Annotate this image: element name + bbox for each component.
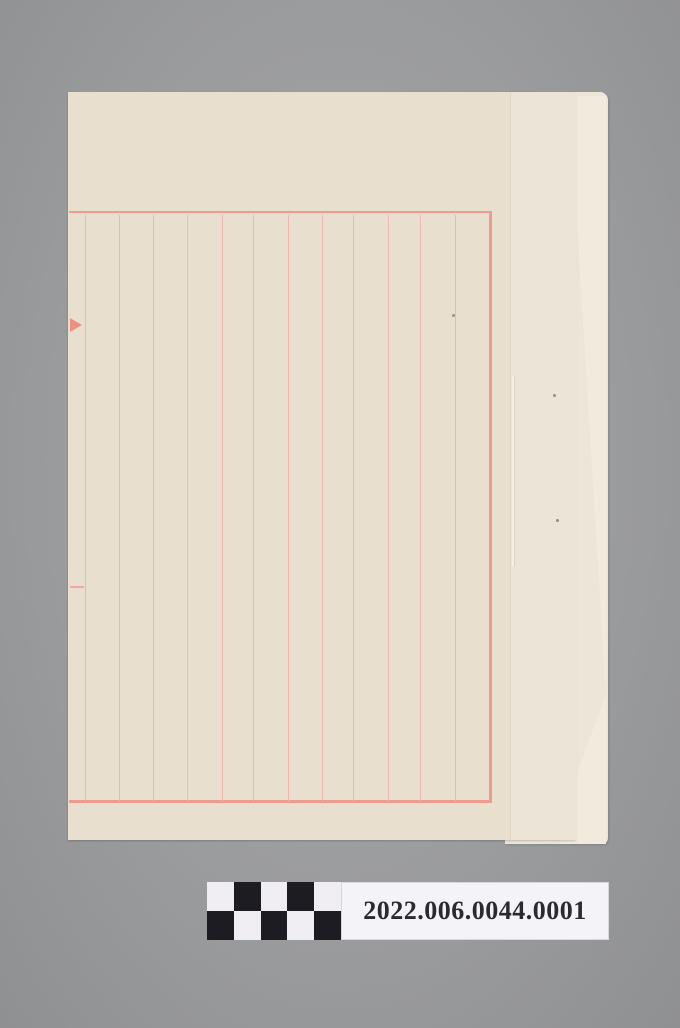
fishtail-marker-icon xyxy=(70,318,82,332)
binding-hole xyxy=(556,519,559,522)
column-rule xyxy=(455,215,456,801)
column-rule xyxy=(420,215,421,801)
column-rule xyxy=(353,215,354,801)
catalog-id: 2022.006.0044.0001 xyxy=(341,882,609,940)
column-rule xyxy=(119,215,120,801)
catalog-label: 2022.006.0044.0001 xyxy=(207,882,609,940)
scale-checker xyxy=(207,882,341,940)
binding-fold xyxy=(510,92,577,840)
column-rule xyxy=(253,215,254,801)
column-rule xyxy=(85,215,86,801)
column-rule xyxy=(153,215,154,801)
column-rule xyxy=(288,215,289,801)
binding-hole xyxy=(553,394,556,397)
margin-tick xyxy=(70,586,84,588)
binding-slit xyxy=(512,376,514,566)
column-rule xyxy=(388,215,389,801)
column-rule xyxy=(322,215,323,801)
red-ruled-frame xyxy=(69,211,492,803)
column-rule xyxy=(222,215,223,801)
column-rule xyxy=(187,215,188,801)
